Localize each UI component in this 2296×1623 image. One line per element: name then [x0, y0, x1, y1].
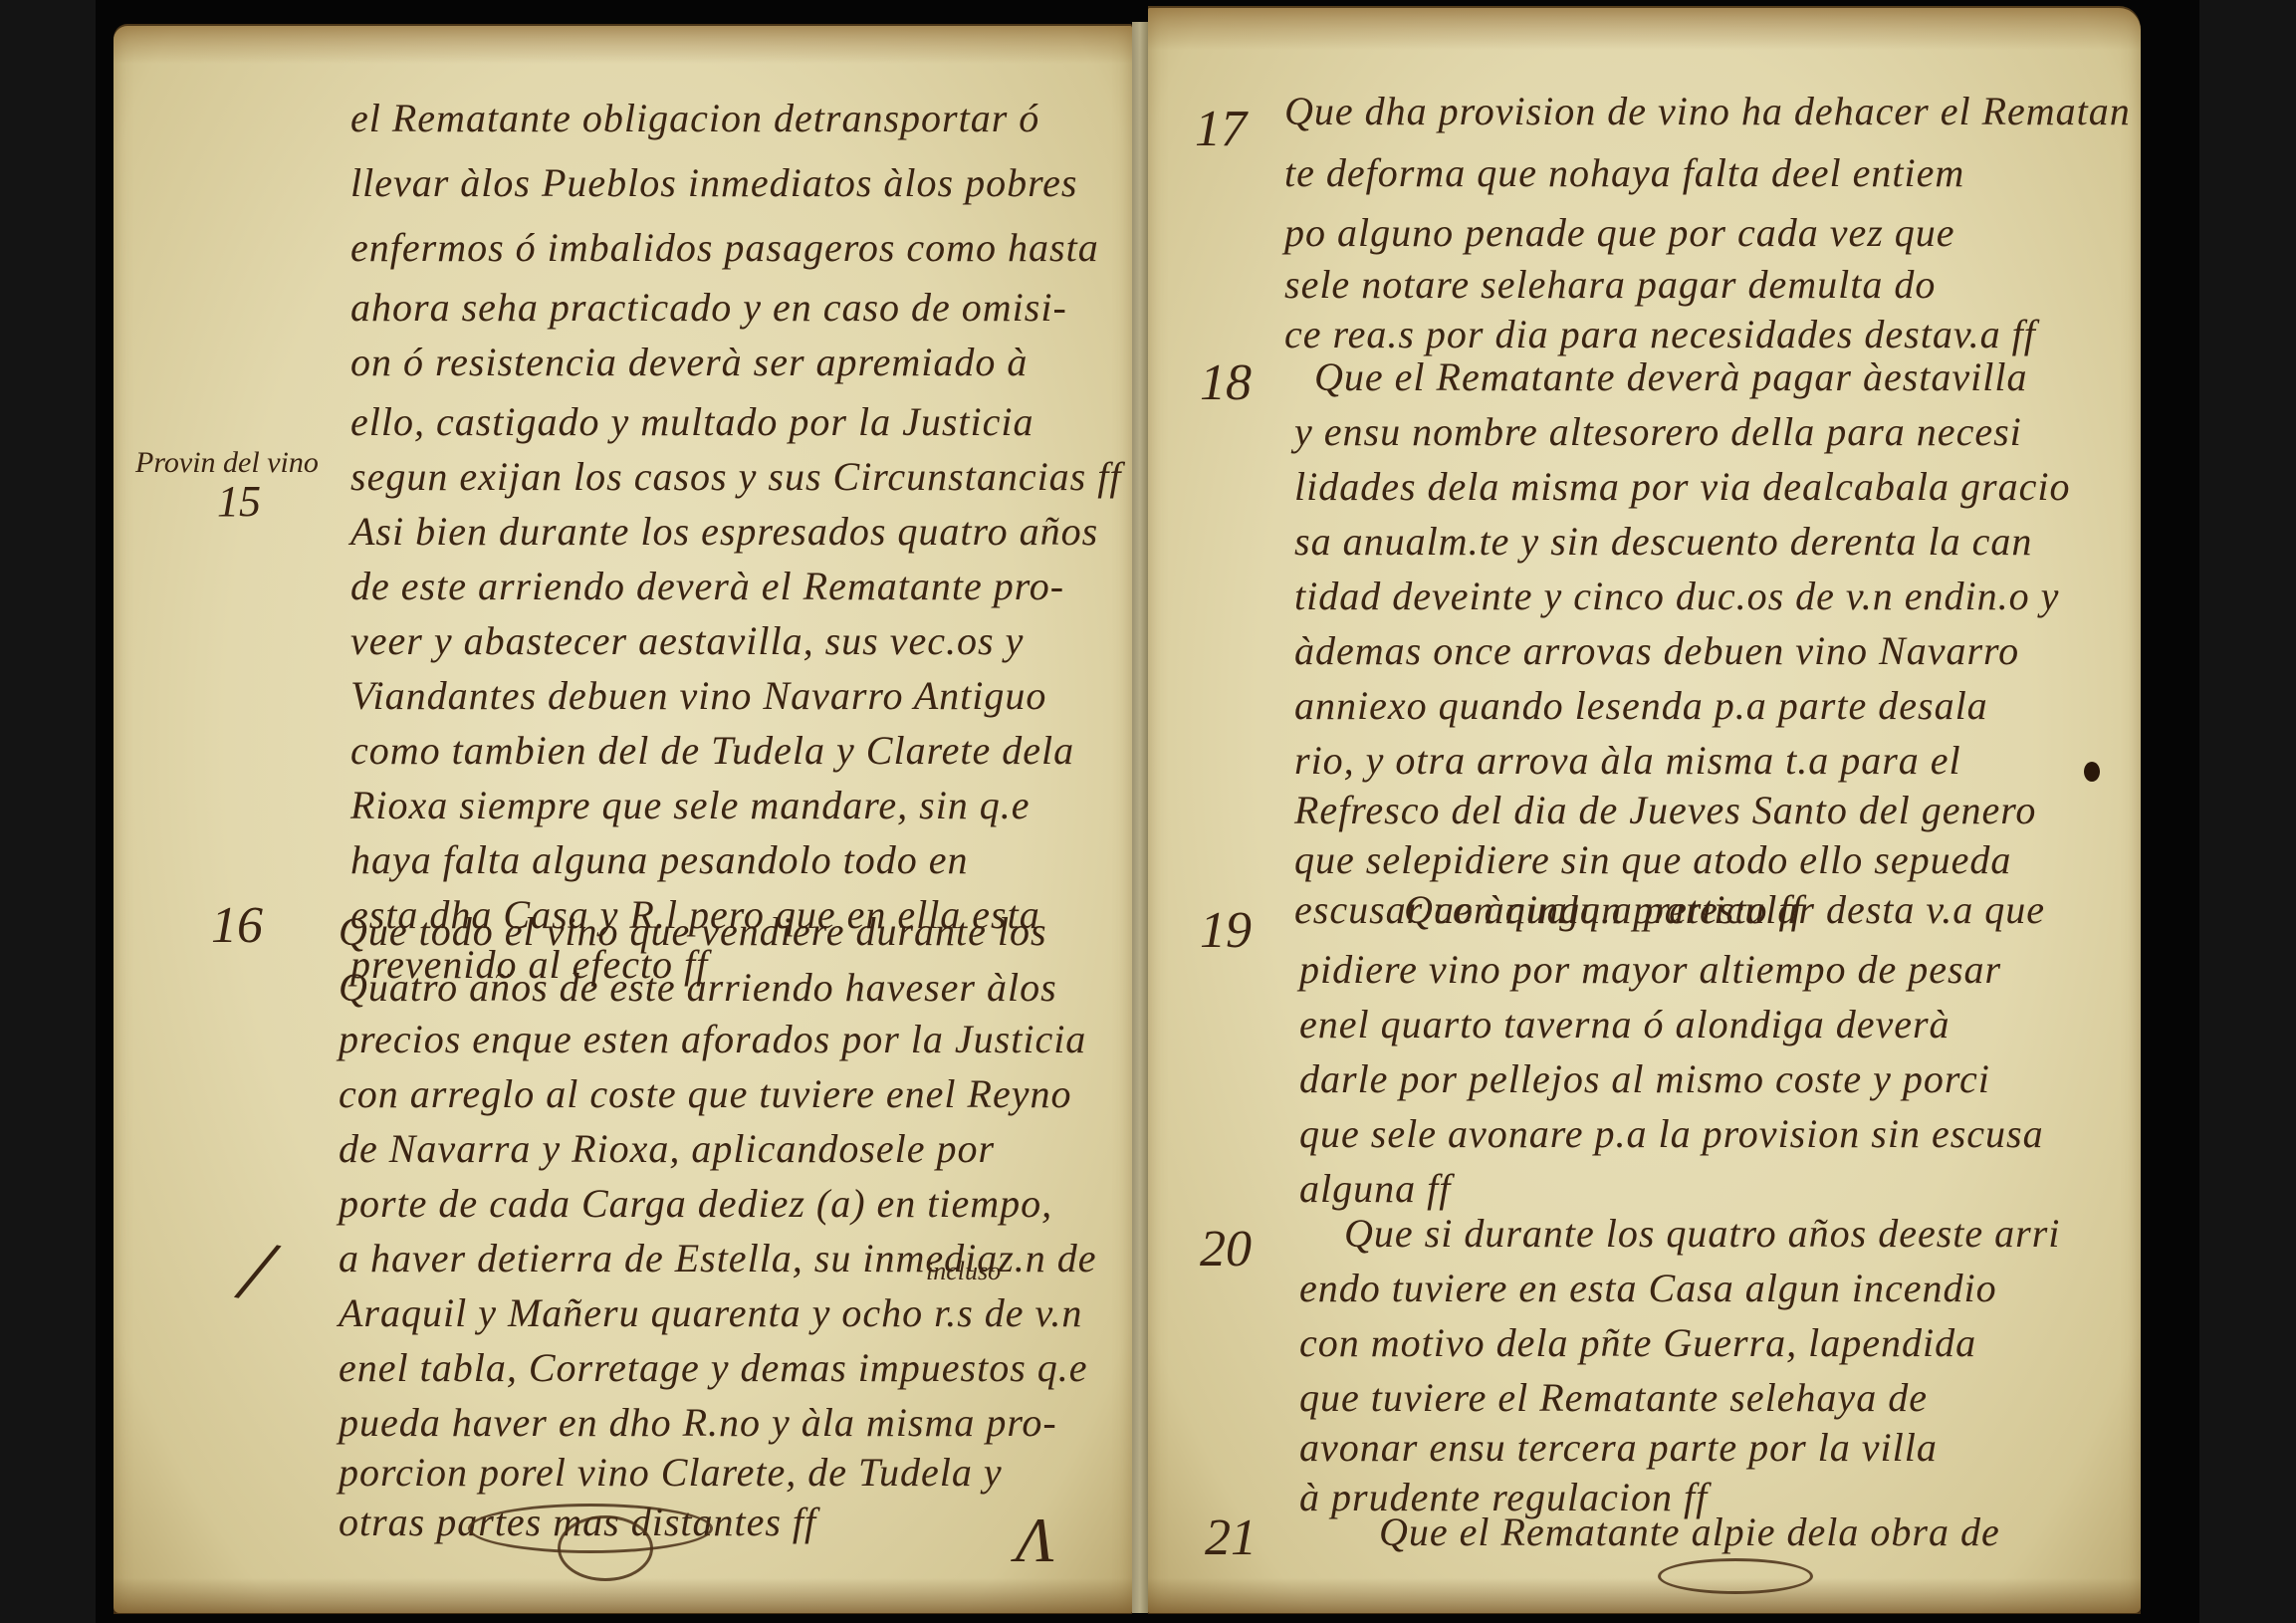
- book-spine: [1132, 22, 1148, 1613]
- text-line: ello, castigado y multado por la Justici…: [350, 398, 1034, 445]
- text-line: sele notare selehara pagar demulta do: [1284, 261, 1936, 308]
- ink-blot: [2084, 762, 2100, 782]
- flourish-ornament: [1658, 1558, 1813, 1594]
- text-line: el Rematante obligacion detransportar ó: [350, 95, 1039, 141]
- text-line: ahora seha practicado y en caso de omisi…: [350, 284, 1067, 331]
- text-line: que tuviere el Rematante selehaya de: [1299, 1374, 1928, 1421]
- text-line: que sele avonare p.a la provision sin es…: [1299, 1110, 2044, 1157]
- text-line: como tambien del de Tudela y Clarete del…: [350, 727, 1074, 774]
- text-line: lidades dela misma por via dealcabala gr…: [1294, 463, 2070, 510]
- margin-note: Provin del vino: [135, 446, 319, 480]
- text-line: Quatro años de este arriendo haveser àlo…: [339, 964, 1057, 1011]
- text-line: Rioxa siempre que sele mandare, sin q.e: [350, 782, 1031, 828]
- text-line: endo tuviere en esta Casa algun incendio: [1299, 1265, 1997, 1311]
- text-line: on ó resistencia deverà ser apremiado à: [350, 339, 1028, 385]
- item-number-17: 17: [1195, 100, 1247, 158]
- text-line: Asi bien durante los espresados quatro a…: [350, 508, 1098, 555]
- text-line: porte de cada Carga dediez (a) en tiempo…: [339, 1180, 1052, 1227]
- text-line: darle por pellejos al mismo coste y porc…: [1299, 1055, 1990, 1102]
- text-line: segun exijan los casos y sus Circunstanc…: [350, 453, 1121, 500]
- text-line: tidad deveinte y cinco duc.os de v.n end…: [1294, 573, 2059, 619]
- text-line: Que àqualq.a particular desta v.a que: [1404, 886, 2045, 933]
- item-number-21: 21: [1205, 1508, 1257, 1567]
- text-line: llevar àlos Pueblos inmediatos àlos pobr…: [350, 159, 1077, 206]
- text-line: Que si durante los quatro años deeste ar…: [1344, 1210, 2060, 1257]
- text-line: haya falta alguna pesandolo todo en: [350, 836, 969, 883]
- text-line: que selepidiere sin que atodo ello sepue…: [1294, 836, 2011, 883]
- text-line: enel tabla, Corretage y demas impuestos …: [339, 1344, 1088, 1391]
- text-line: rio, y otra arrova àla misma t.a para el: [1294, 737, 1961, 784]
- item-number-18: 18: [1200, 353, 1252, 412]
- interlinear-note: incluso: [926, 1257, 1001, 1286]
- page-edge-stain: [1148, 1578, 2141, 1614]
- margin-note-number: 15: [217, 476, 261, 527]
- text-line: enel quarto taverna ó alondiga deverà: [1299, 1001, 1951, 1047]
- text-line: sa anualm.te y sin descuento derenta la …: [1294, 518, 2032, 565]
- text-line: de este arriendo deverà el Rematante pro…: [350, 563, 1064, 609]
- text-line: Viandantes debuen vino Navarro Antiguo: [350, 672, 1046, 719]
- text-line: alguna ff: [1299, 1165, 1451, 1212]
- text-line: Que todo el vino que vendiere durante lo…: [339, 908, 1047, 955]
- text-line: enfermos ó imbalidos pasageros como hast…: [350, 224, 1099, 271]
- text-line: Que el Rematante deverà pagar àestavilla: [1314, 353, 2027, 400]
- item-number-16: 16: [211, 896, 263, 955]
- text-line: ce rea.s por dia para necesidades destav…: [1284, 311, 2036, 357]
- text-line: porcion porel vino Clarete, de Tudela y: [339, 1449, 1003, 1496]
- text-line: con motivo dela pñte Guerra, lapendida: [1299, 1319, 1976, 1366]
- text-line: de Navarra y Rioxa, aplicandosele por: [339, 1125, 995, 1172]
- text-line: precios enque esten aforados por la Just…: [339, 1016, 1086, 1062]
- text-line: po alguno penade que por cada vez que: [1284, 209, 1955, 256]
- text-line: Araquil y Mañeru quarenta y ocho r.s de …: [339, 1289, 1082, 1336]
- text-line: con arreglo al coste que tuviere enel Re…: [339, 1070, 1071, 1117]
- ink-mark: Λ: [1016, 1504, 1054, 1577]
- page-edge-stain: [1148, 6, 2141, 50]
- text-line: pidiere vino por mayor altiempo de pesar: [1299, 946, 2001, 993]
- text-line: anniexo quando lesenda p.a parte desala: [1294, 682, 1988, 729]
- text-line: y ensu nombre altesorero della para nece…: [1294, 408, 2022, 455]
- text-line: Que el Rematante alpie dela obra de: [1379, 1508, 2000, 1555]
- text-line: veer y abastecer aestavilla, sus vec.os …: [350, 617, 1024, 664]
- text-line: te deforma que nohaya falta deel entiem: [1284, 149, 1964, 196]
- item-number-20: 20: [1200, 1220, 1252, 1278]
- item-number-19: 19: [1200, 901, 1252, 960]
- text-line: Que dha provision de vino ha dehacer el …: [1284, 88, 2131, 134]
- text-line: Refresco del dia de Jueves Santo del gen…: [1294, 787, 2036, 833]
- page-edge-stain: [114, 1578, 1132, 1614]
- flourish-ornament: [558, 1515, 653, 1581]
- text-line: àdemas once arrovas debuen vino Navarro: [1294, 627, 2019, 674]
- text-line: avonar ensu tercera parte por la villa: [1299, 1424, 1938, 1471]
- page-edge-stain: [114, 24, 1132, 64]
- text-line: pueda haver en dho R.no y àla misma pro-: [339, 1399, 1057, 1446]
